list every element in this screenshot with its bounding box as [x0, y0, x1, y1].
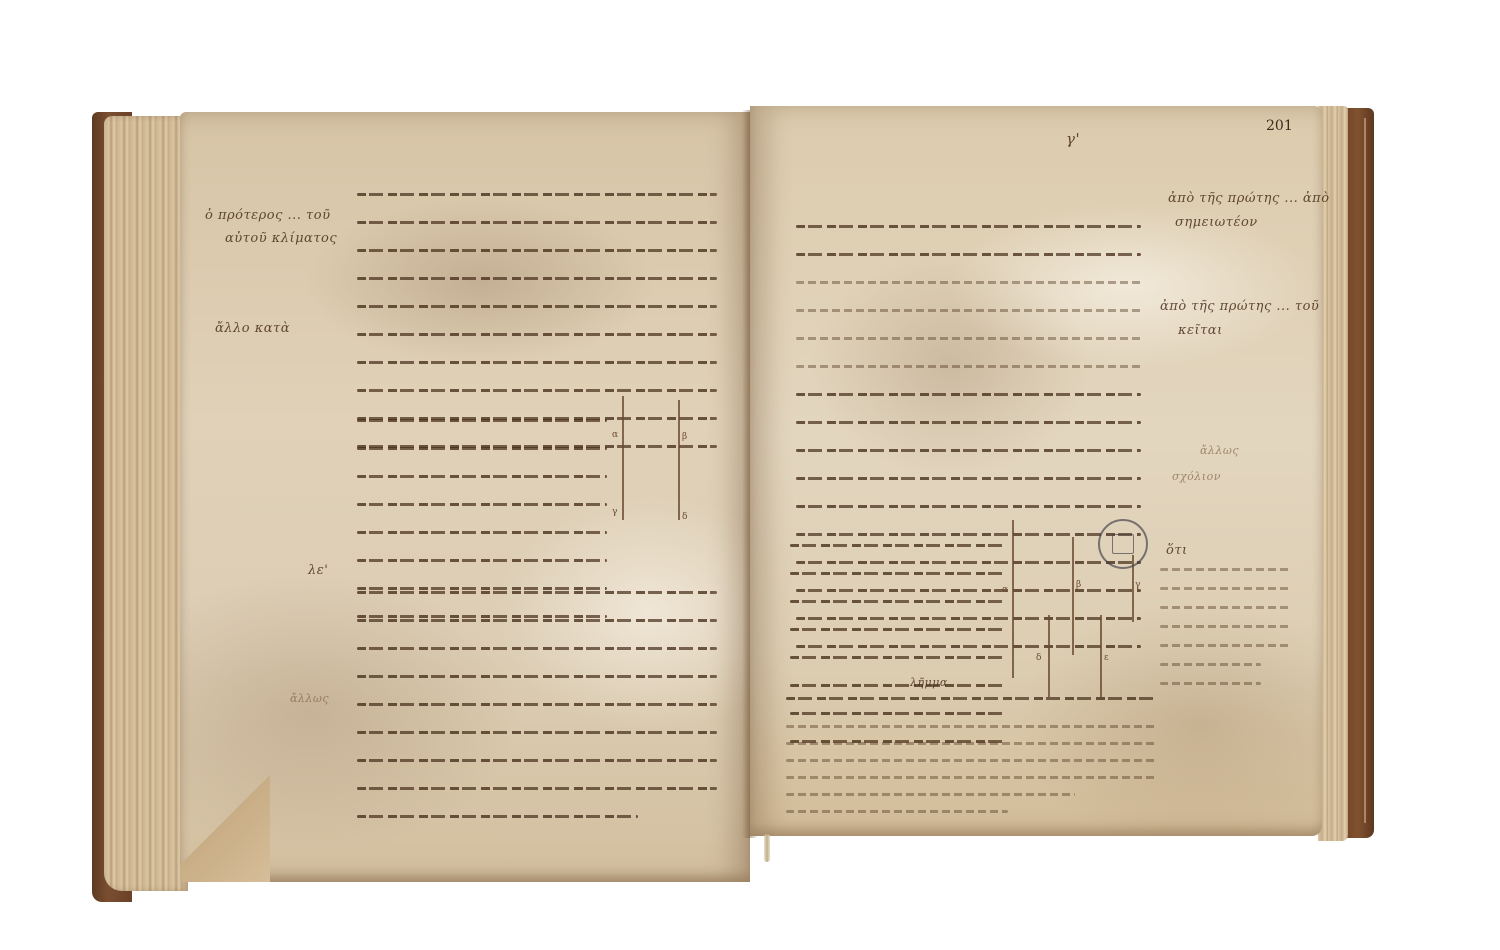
folio-number: 201: [1266, 118, 1293, 134]
left-diagram-label: α: [612, 430, 618, 440]
right-diagram-line-2: [1072, 537, 1074, 655]
right-margin-note-4: κεῖται: [1178, 320, 1223, 342]
right-margin-note-7: ὅτι: [1166, 540, 1188, 562]
right-margin-note-3: ἀπὸ τῆς πρώτης ... τοῦ: [1160, 296, 1319, 318]
left-diagram-line-2: [678, 400, 680, 520]
right-margin-note-5: σχόλιον: [1172, 466, 1221, 488]
right-diagram-label: α: [1002, 585, 1008, 595]
left-margin-note-5: ἄλλως: [290, 688, 329, 710]
left-diagram-label: γ: [612, 507, 617, 517]
right-diagram-label: β: [1076, 580, 1081, 590]
page-stack-left: [104, 116, 188, 891]
right-diagram-label: ε: [1104, 653, 1109, 663]
right-margin-note-1: ἀπὸ τῆς πρώτης ... ἀπὸ: [1168, 188, 1330, 210]
right-margin-note-2: σημειωτέον: [1175, 212, 1258, 234]
folded-corner: [180, 760, 270, 882]
lemma-label: λῆμμα: [910, 672, 948, 694]
bookmark-thread: [764, 834, 770, 862]
right-margin-note-6: ἄλλως: [1200, 440, 1239, 462]
page-stack-right: [1318, 106, 1348, 841]
right-text-block-bottom: [786, 697, 1156, 838]
library-stamp-icon: [1098, 519, 1148, 569]
stamp-crown-emblem: [1112, 534, 1134, 554]
left-margin-note-4: λε': [308, 560, 328, 582]
left-margin-note-2: αὐτοῦ κλίματος: [225, 228, 337, 250]
right-diagram-line-4: [1100, 615, 1102, 697]
right-diagram-label: δ: [1036, 653, 1041, 663]
right-diagram-line-3: [1048, 615, 1050, 697]
left-diagram-line-1: [622, 396, 624, 520]
left-margin-note-1: ὁ πρότερος ... τοῦ: [205, 205, 330, 227]
left-diagram-label: β: [682, 432, 687, 442]
open-manuscript: ὁ πρότερος ... τοῦ αὐτοῦ κλίματος ἄλλο κ…: [0, 0, 1500, 950]
right-margin-scholia: [1160, 568, 1290, 701]
left-diagram-label: δ: [682, 512, 687, 522]
right-header-mark: γ': [1066, 128, 1080, 150]
right-diagram-label: γ: [1135, 580, 1140, 590]
left-text-block-bottom: [357, 591, 717, 843]
right-diagram-line-1: [1012, 520, 1014, 678]
left-margin-note-3: ἄλλο κατὰ: [215, 318, 290, 340]
